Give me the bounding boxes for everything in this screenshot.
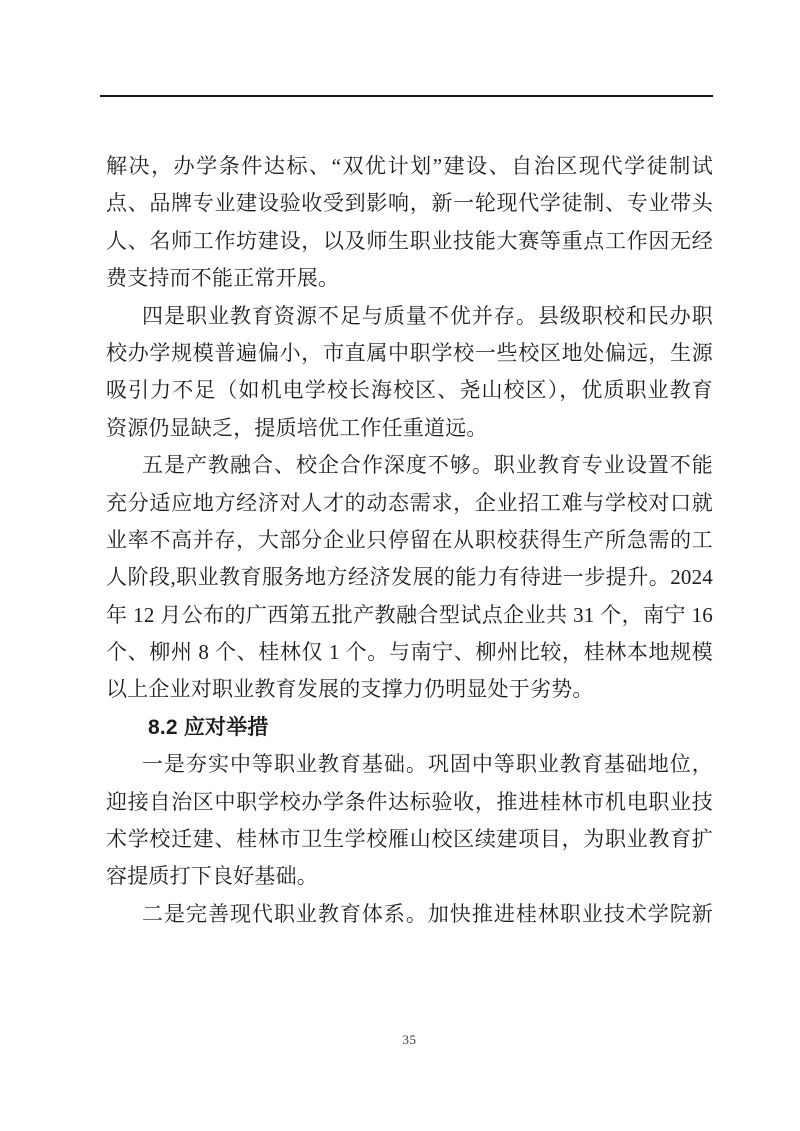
document-body: 解决，办学条件达标、“双优计划”建设、自治区现代学徒制试点、品牌专业建设验收受到… xyxy=(106,148,713,933)
text-line: 个、柳州 8 个、桂林仅 1 个。与南宁、柳州比较，桂林本地规模 xyxy=(106,634,713,671)
text-line: 校办学规模普遍偏小，市直属中职学校一些校区地处偏远，生源 xyxy=(106,335,713,372)
page-number: 35 xyxy=(106,1032,713,1048)
text-line: 迎接自治区中职学校办学条件达标验收，推进桂林市机电职业技 xyxy=(106,784,713,821)
text-line: 年 12 月公布的广西第五批产教融合型试点企业共 31 个，南宁 16 xyxy=(106,597,713,634)
text-line: 以上企业对职业教育发展的支撑力仍明显处于劣势。 xyxy=(106,671,713,708)
text-line: 吸引力不足（如机电学校长海校区、尧山校区），优质职业教育 xyxy=(106,372,713,409)
text-line: 一是夯实中等职业教育基础。巩固中等职业教育基础地位， xyxy=(106,746,713,783)
text-line: 五是产教融合、校企合作深度不够。职业教育专业设置不能 xyxy=(106,447,713,484)
text-line: 二是完善现代职业教育体系。加快推进桂林职业技术学院新 xyxy=(106,896,713,933)
document-page: 解决，办学条件达标、“双优计划”建设、自治区现代学徒制试点、品牌专业建设验收受到… xyxy=(0,0,800,1131)
text-line: 业率不高并存，大部分企业只停留在从职校获得生产所急需的工 xyxy=(106,522,713,559)
header-rule xyxy=(100,95,713,97)
text-line: 人阶段,职业教育服务地方经济发展的能力有待进一步提升。2024 xyxy=(106,559,713,596)
text-line: 资源仍显缺乏，提质培优工作任重道远。 xyxy=(106,410,713,447)
text-line: 充分适应地方经济对人才的动态需求，企业招工难与学校对口就 xyxy=(106,485,713,522)
text-line: 四是职业教育资源不足与质量不优并存。县级职校和民办职 xyxy=(106,298,713,335)
text-line: 点、品牌专业建设验收受到影响，新一轮现代学徒制、专业带头 xyxy=(106,185,713,222)
section-heading: 8.2 应对举措 xyxy=(106,709,713,746)
text-line: 解决，办学条件达标、“双优计划”建设、自治区现代学徒制试 xyxy=(106,148,713,185)
text-line: 人、名师工作坊建设，以及师生职业技能大赛等重点工作因无经 xyxy=(106,223,713,260)
text-line: 术学校迁建、桂林市卫生学校雁山校区续建项目，为职业教育扩 xyxy=(106,821,713,858)
text-line: 费支持而不能正常开展。 xyxy=(106,260,713,297)
text-line: 容提质打下良好基础。 xyxy=(106,858,713,895)
